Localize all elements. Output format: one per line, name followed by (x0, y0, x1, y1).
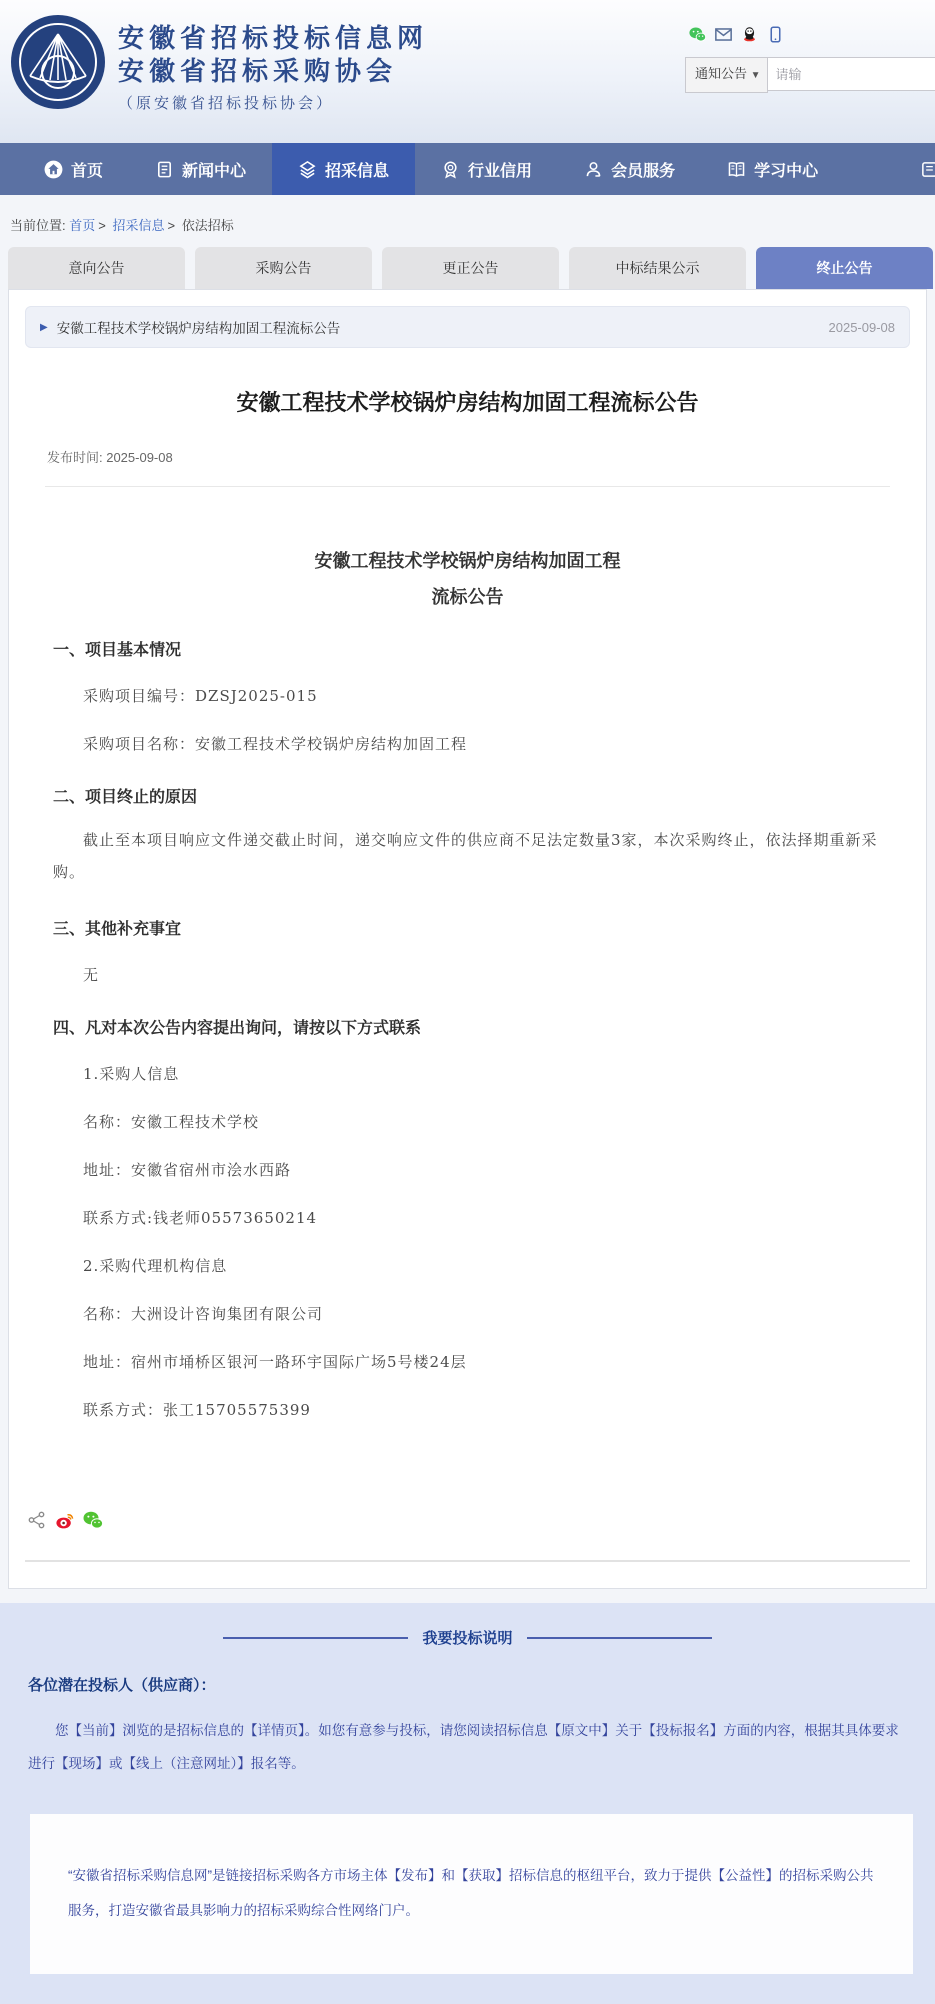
mobile-icon[interactable] (767, 26, 784, 43)
home-icon (44, 160, 63, 179)
site-title-line2: 安徽省招标采购协会 (118, 55, 428, 88)
divider (25, 1560, 910, 1562)
nav-label: 招采信息 (325, 158, 389, 181)
list-item-date: 2025-09-08 (829, 320, 896, 335)
tab-award-result[interactable]: 中标结果公示 (569, 247, 746, 289)
nav-label: 新闻中心 (182, 158, 246, 181)
notice-category-select[interactable]: 通知公告 ▼ (685, 57, 768, 93)
book-icon (727, 160, 746, 179)
nav-label: 会员服务 (611, 158, 675, 181)
section-heading: 二、项目终止的原因 (53, 784, 882, 807)
breadcrumb-separator: > (98, 218, 106, 233)
divider (45, 486, 890, 487)
bid-note-box: “安徽省招标采购信息网”是链接招标采购各方市场主体【发布】和【获取】招标信息的枢… (30, 1814, 913, 1974)
share-icon[interactable] (27, 1510, 47, 1530)
announcement-body: 安徽工程技术学校锅炉房结构加固工程 流标公告 一、项目基本情况 采购项目编号：D… (9, 545, 926, 1422)
nav-label: 行业信用 (468, 158, 532, 181)
nav-item-partial[interactable] (894, 143, 935, 195)
tab-termination-notice[interactable]: 终止公告 (756, 247, 933, 289)
caret-right-icon: ▶ (40, 322, 48, 333)
section-heading: 一、项目基本情况 (53, 637, 882, 660)
breadcrumb-current: 依法招标 (182, 218, 234, 233)
tab-procurement-notice[interactable]: 采购公告 (195, 247, 372, 289)
tab-row: 意向公告 采购公告 更正公告 中标结果公示 终止公告 (8, 247, 935, 289)
share-row (27, 1510, 926, 1530)
wechat-icon[interactable] (689, 26, 706, 43)
section-paragraph: 名称：安徽工程技术学校 (53, 1110, 882, 1134)
notice-select-label: 通知公告 (695, 66, 747, 81)
section-paragraph: 名称：大洲设计咨询集团有限公司 (53, 1302, 882, 1326)
divider (223, 1637, 408, 1639)
article-title: 安徽工程技术学校锅炉房结构加固工程流标公告 (9, 386, 926, 417)
section-paragraph: 1.采购人信息 (53, 1062, 882, 1086)
doc-inner-title-line2: 流标公告 (53, 583, 882, 609)
section-heading: 三、其他补充事宜 (53, 916, 882, 939)
nav-item-home[interactable]: 首页 (18, 143, 129, 195)
bid-note-greeting: 各位潜在投标人（供应商）： (28, 1674, 935, 1695)
nav-label: 首页 (71, 158, 103, 181)
content-panel: ▶ 安徽工程技术学校锅炉房结构加固工程流标公告 2025-09-08 安徽工程技… (8, 289, 927, 1589)
doc-inner-title-line1: 安徽工程技术学校锅炉房结构加固工程 (53, 545, 882, 577)
layers-icon (298, 160, 317, 179)
publish-date: 发布时间: 2025-09-08 (47, 447, 926, 466)
announcement-list-item[interactable]: ▶ 安徽工程技术学校锅炉房结构加固工程流标公告 2025-09-08 (25, 306, 910, 348)
news-icon (155, 160, 174, 179)
bid-note-paragraph: 您【当前】浏览的是招标信息的【详情页】。如您有意参与投标，请您阅读招标信息【原文… (28, 1715, 909, 1780)
bid-instructions-section: 我要投标说明 各位潜在投标人（供应商）： 您【当前】浏览的是招标信息的【详情页】… (0, 1603, 935, 2004)
nav-label: 学习中心 (754, 158, 818, 181)
list-item-title: 安徽工程技术学校锅炉房结构加固工程流标公告 (57, 317, 829, 337)
section-paragraph: 截止至本项目响应文件递交截止时间，递交响应文件的供应商不足法定数量3家，本次采购… (53, 825, 882, 888)
section-paragraph: 采购项目编号：DZSJ2025-015 (53, 684, 882, 708)
site-subtitle: （原安徽省招标投标协会） (118, 92, 428, 113)
site-title-line1: 安徽省招标投标信息网 (118, 22, 428, 55)
tab-correction-notice[interactable]: 更正公告 (382, 247, 559, 289)
tab-intent-notice[interactable]: 意向公告 (8, 247, 185, 289)
breadcrumb-link-channel[interactable]: 招采信息 (112, 218, 164, 233)
site-header: 安徽省招标投标信息网 安徽省招标采购协会 （原安徽省招标投标协会） 通知公告 ▼ (0, 0, 935, 143)
badge-icon (441, 160, 460, 179)
divider (527, 1637, 712, 1639)
nav-item-learning-center[interactable]: 学习中心 (701, 143, 844, 195)
mail-icon[interactable] (715, 26, 732, 43)
breadcrumb-link-home[interactable]: 首页 (69, 218, 95, 233)
nav-item-industry-credit[interactable]: 行业信用 (415, 143, 558, 195)
qq-icon[interactable] (741, 26, 758, 43)
section-heading: 四、凡对本次公告内容提出询问，请按以下方式联系 (53, 1015, 882, 1038)
section-paragraph: 采购项目名称：安徽工程技术学校锅炉房结构加固工程 (53, 732, 882, 756)
partial-icon (920, 160, 935, 179)
nav-item-procurement-info[interactable]: 招采信息 (272, 143, 415, 195)
nav-item-news[interactable]: 新闻中心 (129, 143, 272, 195)
weibo-icon[interactable] (55, 1510, 75, 1530)
search-input[interactable] (768, 57, 935, 91)
section-paragraph: 地址：安徽省宿州市浍水西路 (53, 1158, 882, 1182)
main-nav: 首页 新闻中心 招采信息 行业信用 会员服务 学习中心 (0, 143, 935, 195)
breadcrumb-prefix: 当前位置: (10, 218, 66, 233)
chevron-down-icon: ▼ (751, 70, 761, 81)
nav-item-member-services[interactable]: 会员服务 (558, 143, 701, 195)
section-paragraph: 联系方式:钱老师05573650214 (53, 1206, 882, 1230)
breadcrumb: 当前位置: 首页> 招采信息> 依法招标 (0, 195, 935, 247)
section-paragraph: 联系方式：张工15705575399 (53, 1398, 882, 1422)
bid-note-title: 我要投标说明 (422, 1627, 512, 1648)
breadcrumb-separator: > (168, 218, 176, 233)
section-paragraph: 2.采购代理机构信息 (53, 1254, 882, 1278)
section-paragraph: 无 (53, 963, 882, 987)
wechat-share-icon[interactable] (83, 1510, 103, 1530)
member-icon (584, 160, 603, 179)
association-logo-icon (10, 14, 106, 110)
section-paragraph: 地址：宿州市埇桥区银河一路环宇国际广场5号楼24层 (53, 1350, 882, 1374)
